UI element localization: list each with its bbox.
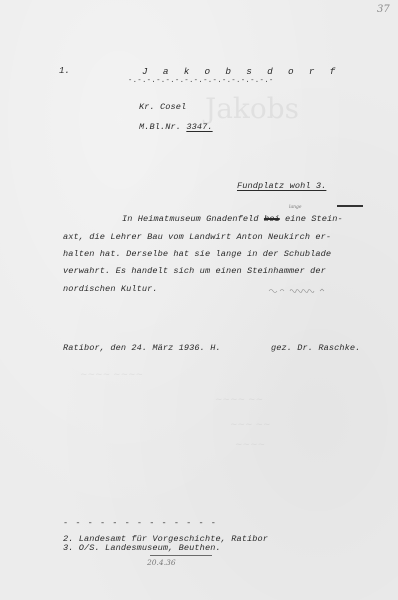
district: Kr. Cosel — [139, 102, 186, 112]
body-text: In Heimatmuseum Gnadenfeld — [122, 214, 264, 224]
bleed-through-text: Jakobs — [205, 92, 299, 125]
handwritten-receipt-date: 20.4.36 — [147, 558, 176, 567]
handwritten-overline-mark — [337, 205, 363, 207]
site-label: Fundplatz wohl 3. — [237, 181, 326, 191]
bleed-through-text: ~~~~ — [235, 440, 265, 450]
place-name-underline: -.-.-.-.-.-.-.-.-.-.-.-.-.-.-.- — [128, 77, 274, 85]
body-line: verwahrt. Es handelt sich um einen Stein… — [63, 266, 326, 276]
handwritten-underline — [150, 555, 212, 556]
map-reference-prefix: M.Bl.Nr. — [139, 122, 186, 132]
struck-word: bei — [264, 214, 280, 224]
map-reference-number: 3347. — [186, 122, 212, 132]
body-line: axt, die Lehrer Bau vom Landwirt Anton N… — [63, 232, 331, 242]
page-number: 37 — [377, 4, 390, 15]
bleed-through-text: ~~~ ~~ — [230, 420, 271, 430]
map-reference: M.Bl.Nr. 3347. — [139, 122, 213, 132]
illegible-scribble-icon — [268, 287, 328, 293]
body-text: eine Stein- — [280, 214, 343, 224]
handwritten-correction: lange — [289, 205, 302, 210]
bleed-through-text: ~~~~ ~~~~ — [80, 370, 143, 380]
body-line: In Heimatmuseum Gnadenfeld bei eine Stei… — [122, 214, 343, 224]
separator-line: - - - - - - - - - - - - - — [63, 518, 217, 528]
place-name: J a k o b s d o r f — [142, 66, 340, 77]
signature: gez. Dr. Raschke. — [271, 343, 360, 353]
handwritten-margin-note — [268, 287, 328, 295]
body-line: nordischen Kultur. — [63, 284, 158, 294]
body-line: halten hat. Derselbe hat sie lange in de… — [63, 249, 331, 259]
place-and-date: Ratibor, den 24. März 1936. H. — [63, 343, 221, 353]
item-number: 1. — [59, 66, 70, 76]
bleed-through-text: ~~~~ ~~ — [215, 395, 263, 405]
distribution-entry: 3. O/S. Landesmuseum, Beuthen. — [63, 543, 221, 553]
document-page: Jakobs ~~~~ ~~~~ ~~~~ ~~ ~~~ ~~ ~~~~ 37 … — [0, 0, 398, 600]
